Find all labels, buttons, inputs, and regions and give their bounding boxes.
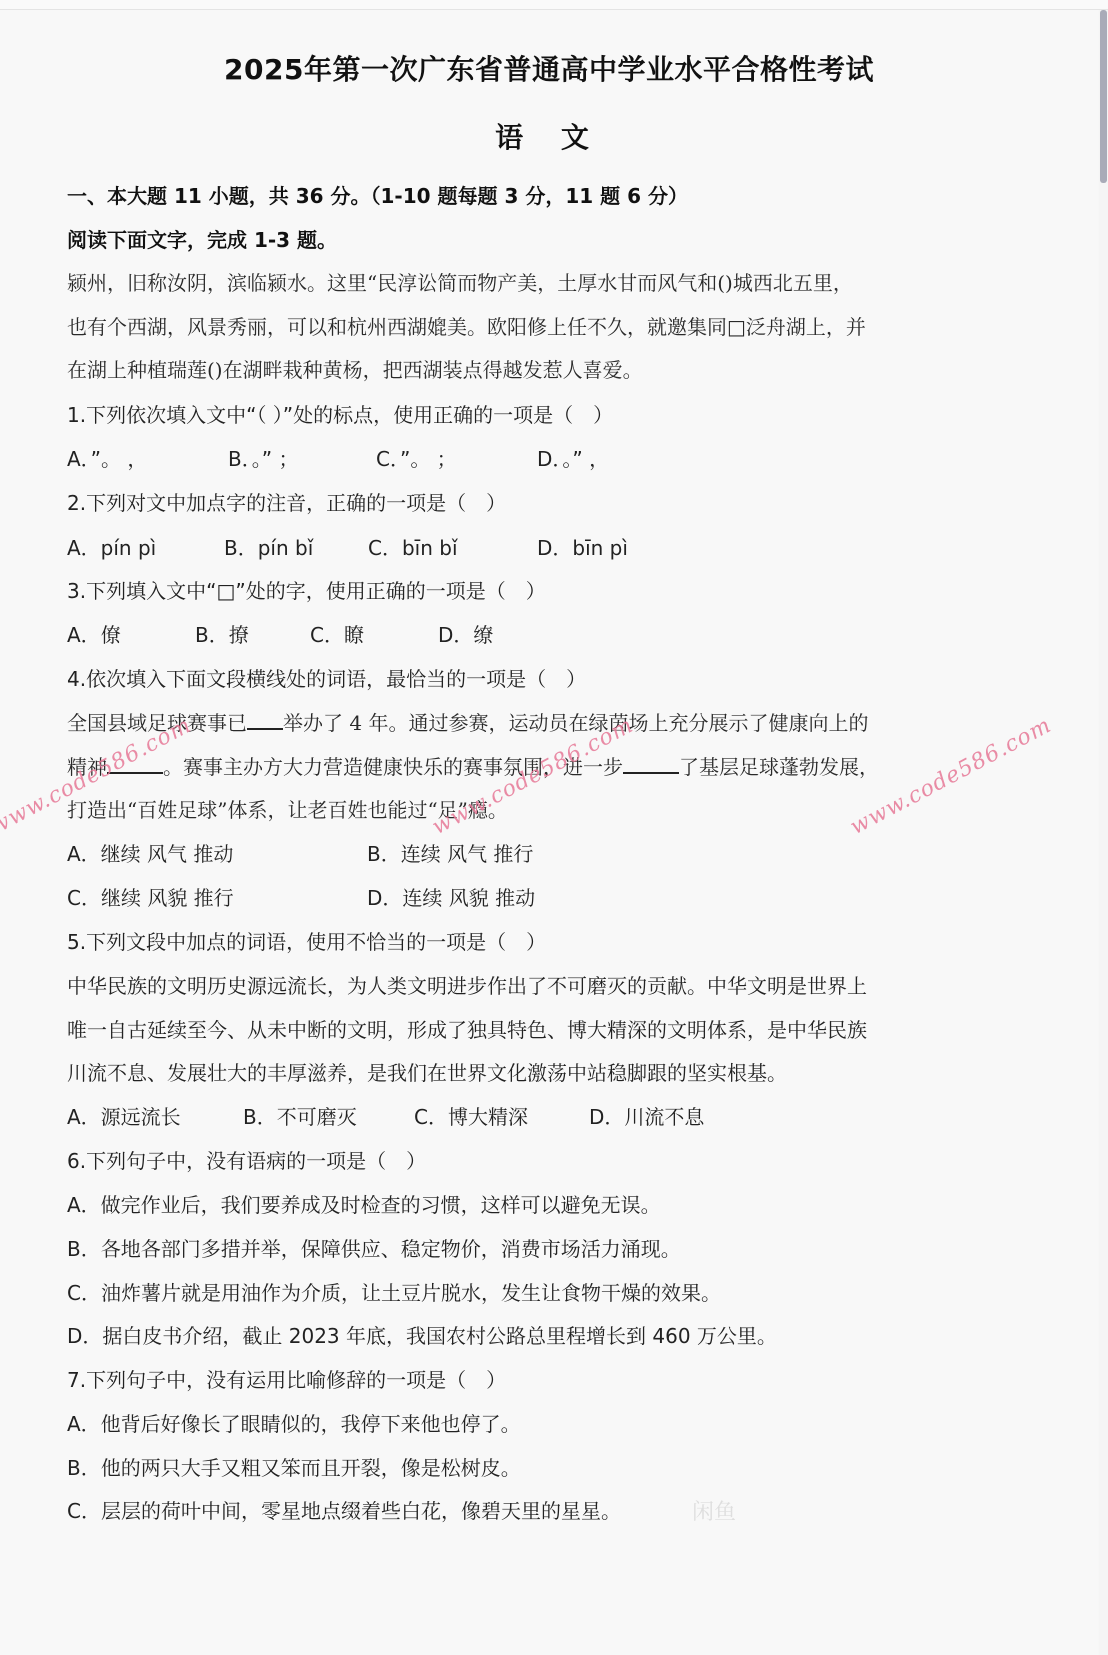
top-strip — [0, 0, 1108, 10]
passage-text: 举办了 4 年。通过参赛，运动员在绿茵场上充分展示了健康向上的 — [283, 711, 868, 735]
question-4-stem: 4.依次填入下面文段横线处的词语，最恰当的一项是（ ） — [67, 666, 586, 692]
question-1-option-a: A．”。 ， — [67, 446, 147, 472]
scrollbar-thumb[interactable] — [1100, 10, 1107, 183]
question-7-option-c: C．层层的荷叶中间，零星地点缀着些白花，像碧天里的星星。 — [67, 1498, 621, 1524]
question-5-stem: 5.下列文段中加点的词语，使用不恰当的一项是（ ） — [67, 929, 546, 955]
section-heading: 一、本大题 11 小题，共 36 分。（1-10 题每题 3 分，11 题 6 … — [67, 183, 688, 209]
question-1-option-d: D．。” ， — [537, 446, 609, 472]
question-5-passage-line-3: 川流不息、发展壮大的丰厚滋养，是我们在世界文化激荡中站稳脚跟的坚实根基。 — [67, 1060, 787, 1086]
question-7-option-a: A．他背后好像长了眼睛似的，我停下来他也停了。 — [67, 1411, 521, 1437]
question-2-option-c: C．bīn bǐ — [368, 535, 458, 561]
question-2-option-a: A．pín pì — [67, 535, 156, 561]
question-6-option-d: D．据白皮书介绍，截止 2023 年底，我国农村公路总里程增长到 460 万公里… — [67, 1323, 777, 1349]
exam-title: 2025年第一次广东省普通高中学业水平合格性考试 — [0, 48, 1098, 88]
fill-blank-3 — [623, 754, 679, 774]
question-3-option-a: A．僚 — [67, 622, 121, 648]
question-7-option-b: B．他的两只大手又粗又笨而且开裂，像是松树皮。 — [67, 1455, 521, 1481]
passage-text: 了基层足球蓬勃发展， — [679, 755, 879, 779]
question-2-stem: 2.下列对文中加点字的注音，正确的一项是（ ） — [67, 490, 506, 516]
question-6-option-c: C．油炸薯片就是用油作为介质，让土豆片脱水，发生让食物干燥的效果。 — [67, 1280, 721, 1306]
document-page — [0, 10, 1098, 1655]
exam-subject: 语 文 — [0, 116, 1098, 156]
question-6-stem: 6.下列句子中，没有语病的一项是（ ） — [67, 1148, 426, 1174]
question-1-option-b: B．。” ； — [228, 446, 298, 472]
xianyu-watermark: 闲鱼 — [692, 1495, 736, 1526]
question-5-option-a: A．源远流长 — [67, 1104, 181, 1130]
question-5-option-b: B．不可磨灭 — [243, 1104, 357, 1130]
question-5-passage-line-2: 唯一自古延续至今、从未中断的文明，形成了独具特色、博大精深的文明体系，是中华民族 — [67, 1017, 867, 1043]
question-7-stem: 7.下列句子中，没有运用比喻修辞的一项是（ ） — [67, 1367, 506, 1393]
question-5-option-d: D．川流不息 — [589, 1104, 704, 1130]
question-2-option-d: D．bīn pì — [537, 535, 628, 561]
passage1-line-3: 在湖上种植瑞莲()在湖畔栽种黄杨，把西湖装点得越发惹人喜爱。 — [67, 357, 643, 383]
passage1-line-1: 颍州，旧称汝阴，滨临颍水。这里“民淳讼简而物产美，土厚水甘而风气和()城西北五里… — [67, 270, 853, 296]
question-5-option-c: C．博大精深 — [414, 1104, 528, 1130]
fill-blank-1 — [247, 710, 283, 730]
question-4-option-d: D．连续 风貌 推动 — [367, 885, 535, 911]
passage1-line-2: 也有个西湖，风景秀丽，可以和杭州西湖媲美。欧阳修上任不久，就邀集同□泛舟湖上，并 — [67, 314, 866, 340]
question-1-option-c: C．”。 ； — [376, 446, 457, 472]
question-3-option-c: C．瞭 — [310, 622, 364, 648]
question-6-option-b: B．各地各部门多措并举，保障供应、稳定物价，消费市场活力涌现。 — [67, 1236, 681, 1262]
question-3-option-b: B．撩 — [195, 622, 249, 648]
reading-instruction: 阅读下面文字，完成 1-3 题。 — [67, 227, 337, 253]
question-5-passage-line-1: 中华民族的文明历史源远流长，为人类文明进步作出了不可磨灭的贡献。中华文明是世界上 — [67, 973, 867, 999]
scrollbar-track[interactable] — [1099, 10, 1108, 1655]
question-1-stem: 1.下列依次填入文中“（ ）”处的标点，使用正确的一项是（ ） — [67, 402, 613, 428]
question-3-option-d: D．缭 — [438, 622, 493, 648]
question-3-stem: 3.下列填入文中“□”处的字，使用正确的一项是（ ） — [67, 578, 546, 604]
question-2-option-b: B．pín bǐ — [224, 535, 313, 561]
question-4-option-c: C．继续 风貌 推行 — [67, 885, 234, 911]
question-4-passage-line-2: 精神。赛事主办方大力营造健康快乐的赛事氛围，进一步了基层足球蓬勃发展， — [67, 754, 879, 780]
question-4-option-b: B．连续 风气 推行 — [367, 841, 533, 867]
question-6-option-a: A．做完作业后，我们要养成及时检查的习惯，这样可以避免无误。 — [67, 1192, 661, 1218]
question-4-option-a: A．继续 风气 推动 — [67, 841, 233, 867]
